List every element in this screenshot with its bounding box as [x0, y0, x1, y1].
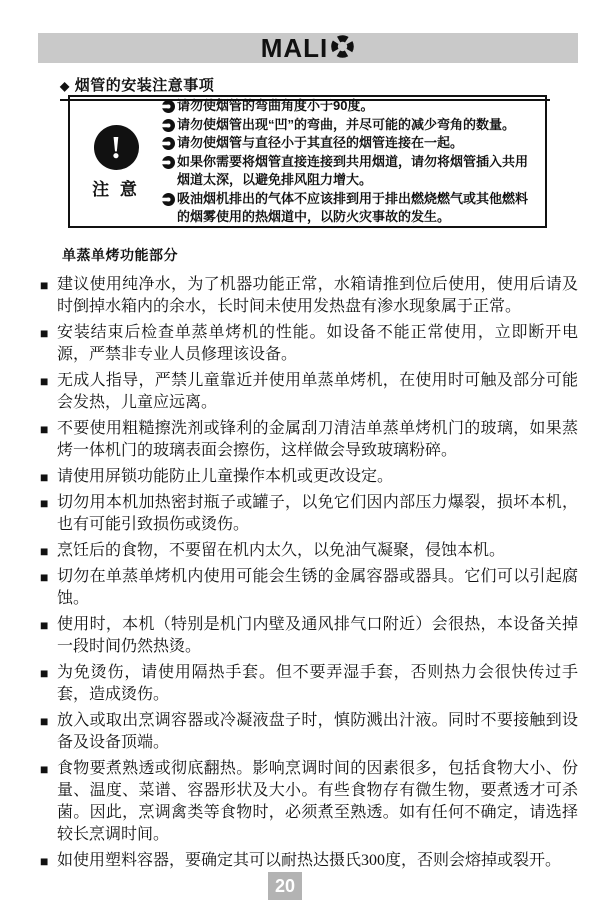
body-paragraph: ■食物要煮熟透或彻底翻热。影响烹调时间的因素很多，包括食物大小、份量、温度、菜谱…	[40, 758, 578, 846]
paragraph-text: 食物要煮熟透或彻底翻热。影响烹调时间的因素很多，包括食物大小、份量、温度、菜谱、…	[57, 760, 578, 843]
warning-item: 吸油烟机排出的气体不应该排到用于排出燃烧燃气或其他燃料的烟雾使用的热烟道中，以防…	[162, 190, 533, 227]
segmented-o-icon	[330, 34, 355, 64]
square-bullet-icon: ■	[40, 418, 48, 440]
body-paragraph: ■如使用塑料容器，要确定其可以耐热达摄氏300度，否则会熔掉或裂开。	[40, 850, 578, 872]
body-paragraph: ■为免烫伤，请使用隔热手套。但不要弄湿手套，否则热力会很快传过手套，造成烫伤。	[40, 662, 578, 706]
square-bullet-icon: ■	[40, 492, 48, 514]
body-paragraph: ■切勿用本机加热密封瓶子或罐子，以免它们因内部压力爆裂，损坏本机，也有可能引致损…	[40, 492, 578, 536]
square-bullet-icon: ■	[40, 566, 48, 588]
exclamation-icon: !	[94, 125, 139, 170]
paragraph-text: 切勿在单蒸单烤机内使用可能会生锈的金属容器或器具。它们可以引起腐蚀。	[57, 568, 578, 607]
body-section: 单蒸单烤功能部分 ■建议使用纯净水，为了机器功能正常，水箱请推到位后使用，使用后…	[40, 245, 578, 876]
warning-item-text: 如果你需要将烟管直接连接到共用烟道，请勿将烟管插入共用烟道太深，以避免排风阻力增…	[177, 154, 528, 188]
square-bullet-icon: ■	[40, 614, 48, 636]
diamond-icon: ◆	[60, 79, 70, 93]
body-paragraph: ■烹饪后的食物，不要留在机内太久，以免油气凝聚，侵蚀本机。	[40, 540, 578, 562]
warning-item: 请勿使烟管出现“凹”的弯曲，并尽可能的减少弯角的数量。	[162, 116, 533, 135]
paragraph-text: 安装结束后检查单蒸单烤机的性能。如设备不能正常使用，立即断开电源，严禁非专业人员…	[57, 324, 578, 363]
body-paragraph: ■安装结束后检查单蒸单烤机的性能。如设备不能正常使用，立即断开电源，严禁非专业人…	[40, 322, 578, 366]
arrow-bullet-icon	[162, 156, 175, 175]
square-bullet-icon: ■	[40, 850, 48, 872]
body-paragraph: ■无成人指导，严禁儿童靠近并使用单蒸单烤机，在使用时可触及部分可能会发热，儿童应…	[40, 370, 578, 414]
paragraph-text: 无成人指导，严禁儿童靠近并使用单蒸单烤机，在使用时可触及部分可能会发热，儿童应远…	[57, 372, 578, 411]
manual-page: { "header": { "logo_text": "MALI", "logo…	[0, 0, 616, 918]
square-bullet-icon: ■	[40, 540, 48, 562]
malio-logo: MALI	[261, 33, 356, 63]
warning-item-text: 请勿使烟管出现“凹”的弯曲，并尽可能的减少弯角的数量。	[177, 117, 515, 132]
warning-item-text: 请勿使烟管的弯曲角度小于90度。	[177, 98, 373, 113]
paragraph-text: 切勿用本机加热密封瓶子或罐子，以免它们因内部压力爆裂，损坏本机，也有可能引致损伤…	[57, 494, 578, 533]
square-bullet-icon: ■	[40, 322, 48, 344]
square-bullet-icon: ■	[40, 466, 48, 488]
warning-box: ! 注 意 请勿使烟管的弯曲角度小于90度。 请勿使烟管出现“凹”的弯曲，并尽可…	[68, 95, 547, 228]
body-paragraph: ■不要使用粗糙擦洗剂或锋利的金属刮刀清洁单蒸单烤机门的玻璃，如果蒸烤一体机门的玻…	[40, 418, 578, 462]
square-bullet-icon: ■	[40, 274, 48, 296]
header-brand-bar: MALI	[38, 33, 578, 63]
paragraph-text: 烹饪后的食物，不要留在机内太久，以免油气凝聚，侵蚀本机。	[57, 542, 505, 559]
warning-icon-column: ! 注 意	[70, 97, 162, 226]
square-bullet-icon: ■	[40, 758, 48, 780]
section-title-text: 烟管的安装注意事项	[75, 77, 215, 94]
paragraph-text: 放入或取出烹调容器或冷凝液盘子时，慎防溅出汁液。同时不要接触到设备及设备顶端。	[57, 712, 578, 751]
warning-item: 如果你需要将烟管直接连接到共用烟道，请勿将烟管插入共用烟道太深，以避免排风阻力增…	[162, 153, 533, 190]
body-paragraph: ■请使用屏锁功能防止儿童操作本机或更改设定。	[40, 466, 578, 488]
warning-label: 注 意	[92, 175, 140, 200]
body-paragraph: ■放入或取出烹调容器或冷凝液盘子时，慎防溅出汁液。同时不要接触到设备及设备顶端。	[40, 710, 578, 754]
body-paragraph: ■建议使用纯净水，为了机器功能正常，水箱请推到位后使用，使用后请及时倒掉水箱内的…	[40, 274, 578, 318]
paragraph-text: 建议使用纯净水，为了机器功能正常，水箱请推到位后使用，使用后请及时倒掉水箱内的余…	[57, 276, 578, 315]
warning-item: 请勿使烟管与直径小于其直径的烟管连接在一起。	[162, 134, 533, 153]
square-bullet-icon: ■	[40, 710, 48, 732]
square-bullet-icon: ■	[40, 662, 48, 684]
body-heading: 单蒸单烤功能部分	[40, 245, 578, 265]
page-number-badge: 20	[268, 872, 302, 900]
warning-item: 请勿使烟管的弯曲角度小于90度。	[162, 97, 533, 116]
paragraph-text: 不要使用粗糙擦洗剂或锋利的金属刮刀清洁单蒸单烤机门的玻璃，如果蒸烤一体机门的玻璃…	[57, 420, 578, 459]
body-paragraph: ■使用时，本机（特别是机门内壁及通风排气口附近）会很热，本设备关掉一段时间仍然热…	[40, 614, 578, 658]
paragraph-text: 如使用塑料容器，要确定其可以耐热达摄氏300度，否则会熔掉或裂开。	[57, 852, 561, 869]
warning-item-text: 吸油烟机排出的气体不应该排到用于排出燃烧燃气或其他燃料的烟雾使用的热烟道中，以防…	[177, 191, 528, 225]
paragraph-text: 使用时，本机（特别是机门内壁及通风排气口附近）会很热，本设备关掉一段时间仍然热烫…	[57, 616, 578, 655]
paragraph-text: 为免烫伤，请使用隔热手套。但不要弄湿手套，否则热力会很快传过手套，造成烫伤。	[57, 664, 578, 703]
arrow-bullet-icon	[162, 193, 175, 212]
body-paragraph: ■切勿在单蒸单烤机内使用可能会生锈的金属容器或器具。它们可以引起腐蚀。	[40, 566, 578, 610]
square-bullet-icon: ■	[40, 370, 48, 392]
warning-item-text: 请勿使烟管与直径小于其直径的烟管连接在一起。	[177, 135, 463, 150]
logo-text: MALI	[261, 35, 329, 61]
warning-item-list: 请勿使烟管的弯曲角度小于90度。 请勿使烟管出现“凹”的弯曲，并尽可能的减少弯角…	[162, 97, 545, 226]
paragraph-text: 请使用屏锁功能防止儿童操作本机或更改设定。	[57, 468, 393, 485]
